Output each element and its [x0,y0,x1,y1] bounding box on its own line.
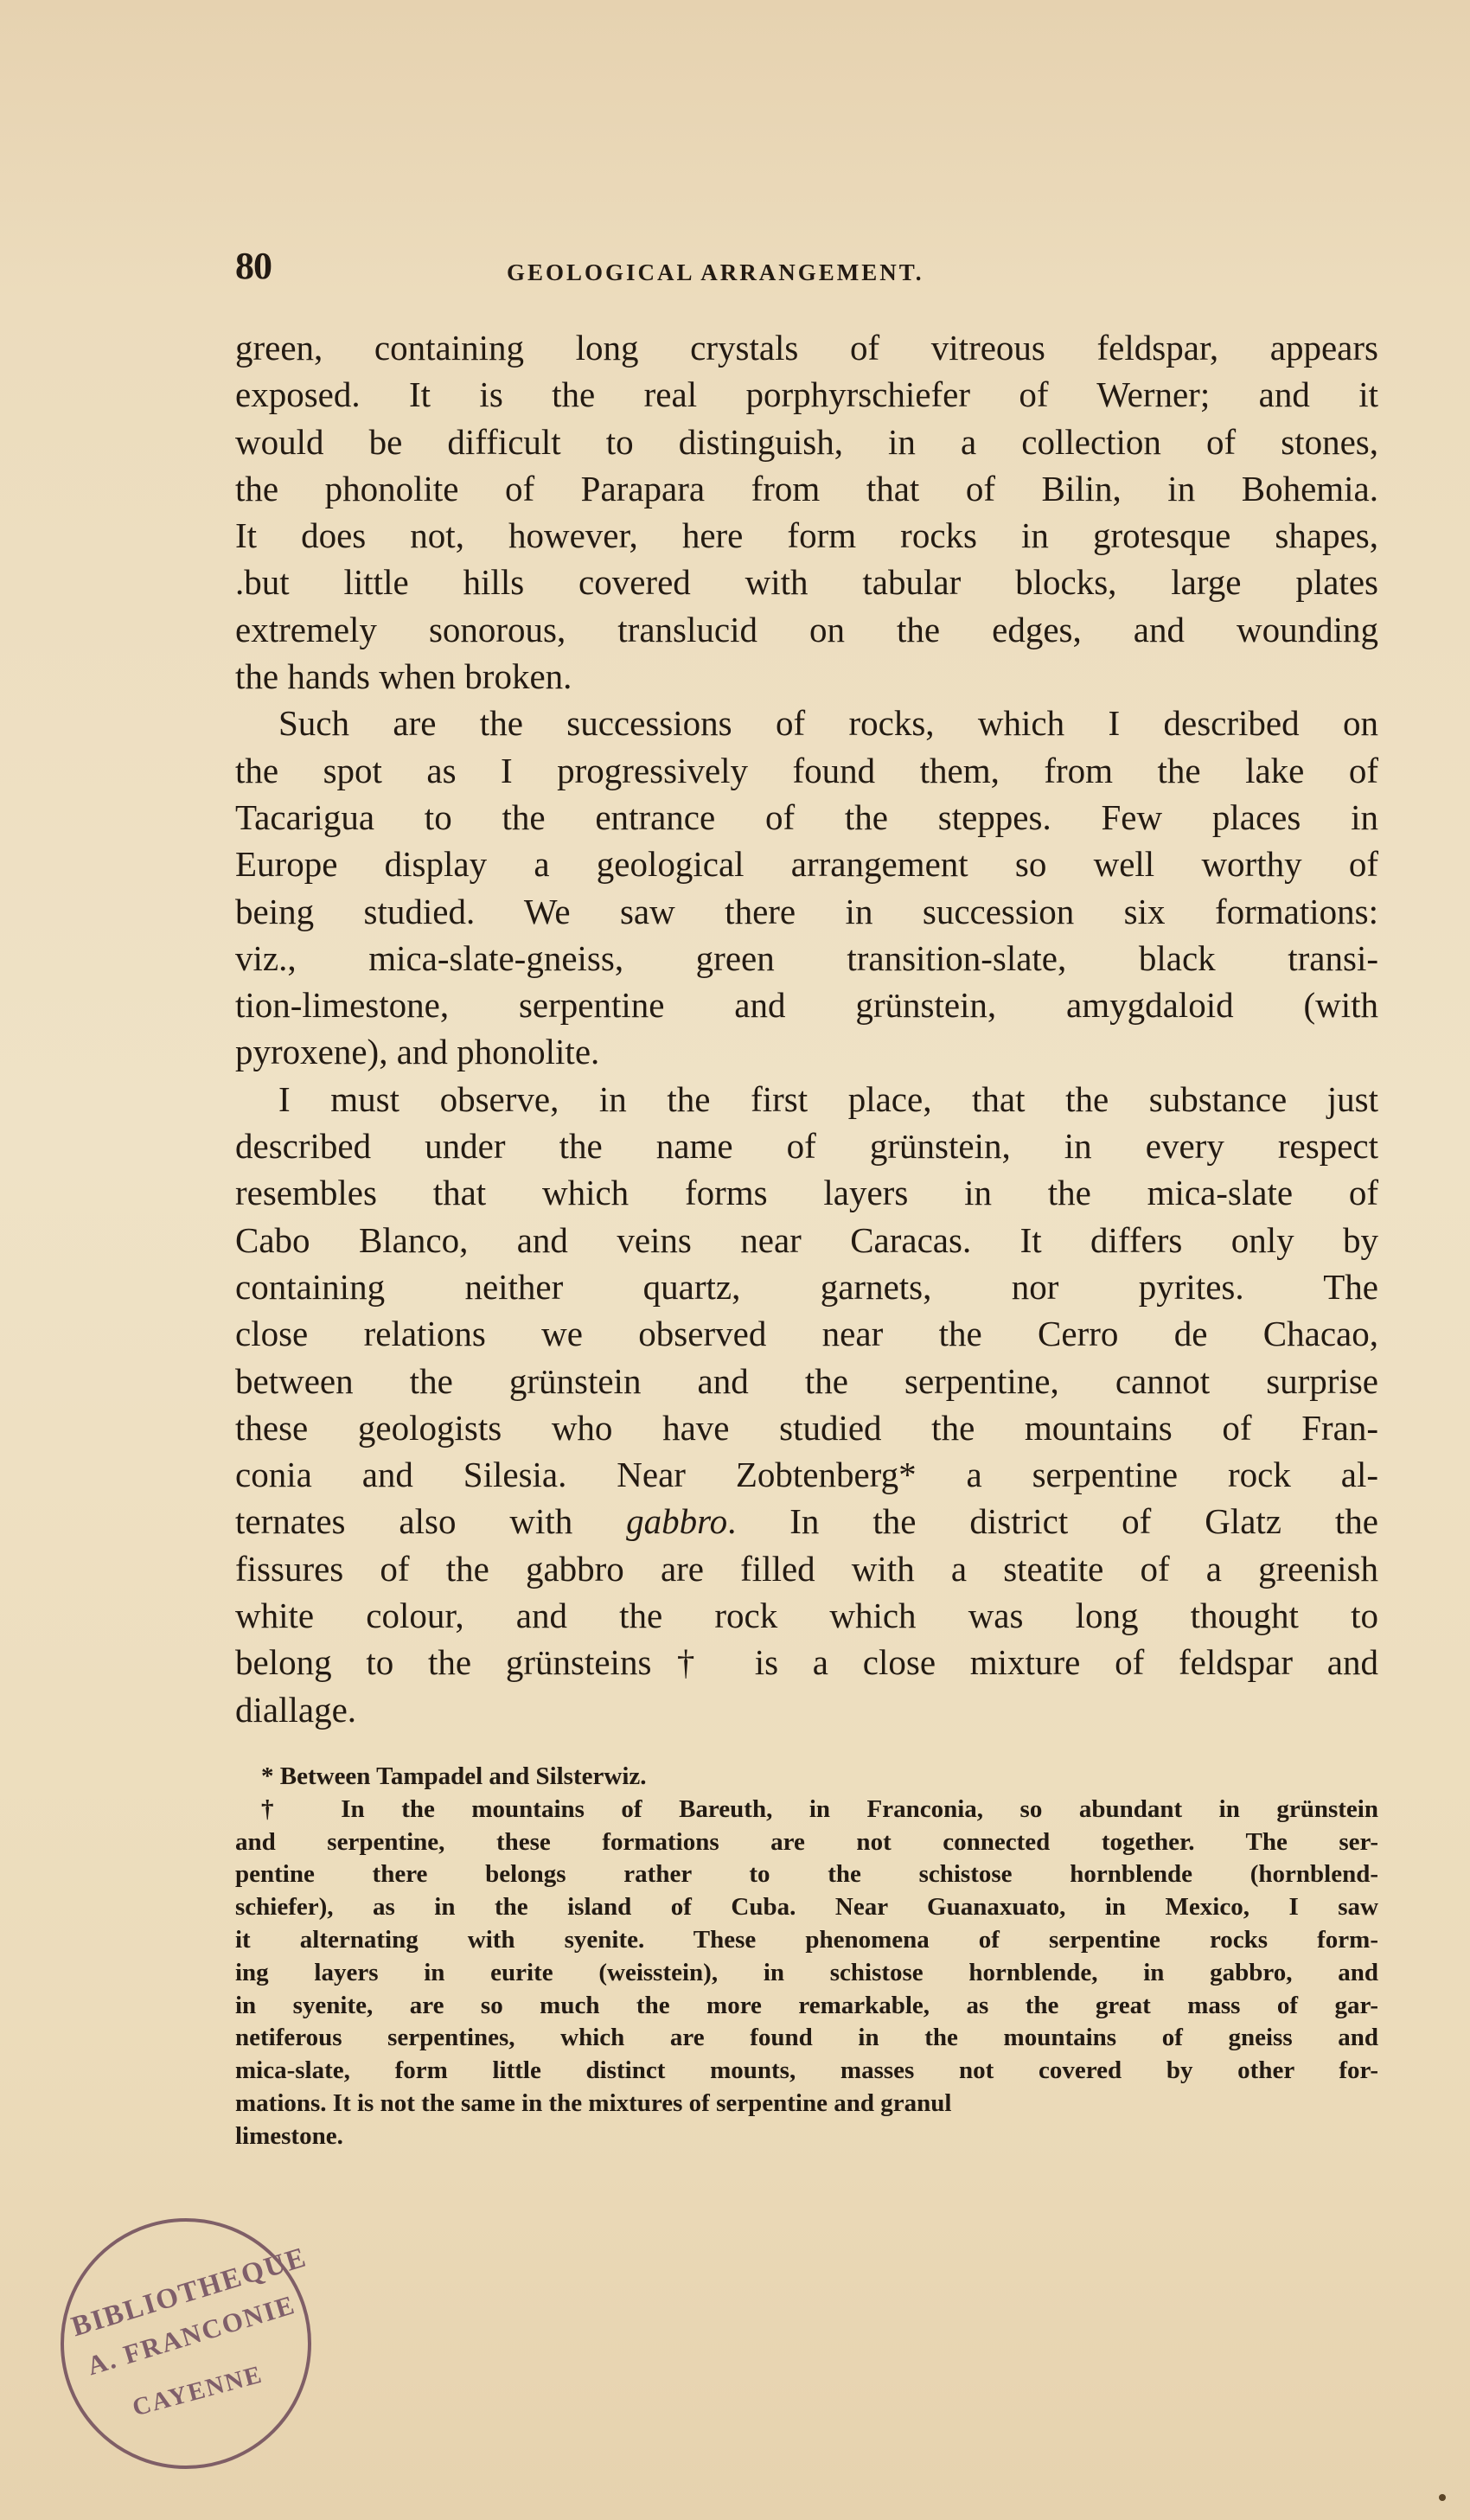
footnote-line: limestone. [235,2120,1378,2153]
library-stamp: BIBLIOTHEQUE A. FRANCONIE CAYENNE [61,2218,311,2469]
paper-speck [1439,2494,1446,2501]
italic-term: gabbro [626,1501,727,1541]
text-line: containing neither quartz, garnets, nor … [235,1263,1378,1310]
text-line: these geologists who have studied the mo… [235,1404,1378,1451]
text-line: resembles that which forms layers in the… [235,1169,1378,1216]
paragraph-start-line: I must observe, in the first place, that… [235,1076,1378,1122]
running-head: 80 GEOLOGICAL ARRANGEMENT. [235,244,1377,296]
text-line: fissures of the gabbro are filled with a… [235,1545,1378,1592]
text-line: white colour, and the rock which was lon… [235,1592,1378,1639]
footnote-line: netiferous serpentines, which are found … [235,2022,1378,2055]
text-line: belong to the grünsteins† is a close mix… [235,1639,1378,1685]
text-line: Europe display a geological arrangement … [235,841,1378,887]
footnote-line: in syenite, are so much the more remarka… [235,1990,1378,2023]
text-line: tion-limestone, serpentine and grünstein… [235,982,1378,1028]
text-segment: ternates also with [235,1501,572,1541]
text-line: viz., mica-slate-gneiss, green transitio… [235,935,1378,982]
text-line-with-italic: ternates also with gabbro. In the distri… [235,1498,1378,1545]
footnote-line: mica-slate, form little distinct mounts,… [235,2055,1378,2088]
text-line: It does not, however, here form rocks in… [235,512,1378,559]
footnote-line: pentine there belongs rather to the schi… [235,1858,1378,1891]
text-segment: . In the district of Glatz the [727,1501,1378,1541]
text-line: the hands when broken. [235,653,1378,700]
body-text: green, containing long crystals of vitre… [235,324,1378,1733]
page-number: 80 [235,244,272,288]
book-page: 80 GEOLOGICAL ARRANGEMENT. green, contai… [0,0,1470,2520]
text-line: between the grünstein and the serpentine… [235,1358,1378,1404]
footnotes: * Between Tampadel and Silsterwiz. † In … [235,1761,1378,2153]
footnote-line: mations. It is not the same in the mixtu… [235,2088,1378,2120]
footnote-line: it alternating with syenite. These pheno… [235,1924,1378,1957]
text-line: close relations we observed near the Cer… [235,1310,1378,1357]
text-line: described under the name of grünstein, i… [235,1122,1378,1169]
text-line: pyroxene), and phonolite. [235,1028,1378,1075]
text-line: Tacarigua to the entrance of the steppes… [235,794,1378,841]
text-line: the phonolite of Parapara from that of B… [235,465,1378,512]
running-head-title: GEOLOGICAL ARRANGEMENT. [507,259,924,286]
footnote-dagger: † In the mountains of Bareuth, in Franco… [235,1794,1378,1826]
text-line: the spot as I progressively found them, … [235,747,1378,794]
footnote-asterisk: * Between Tampadel and Silsterwiz. [235,1761,1378,1794]
text-line: being studied. We saw there in successio… [235,888,1378,935]
paragraph-start-line: Such are the successions of rocks, which… [235,700,1378,746]
footnote-line: and serpentine, these formations are not… [235,1826,1378,1859]
text-line: conia and Silesia. Near Zobtenberg* a se… [235,1451,1378,1498]
text-line: would be difficult to distinguish, in a … [235,419,1378,465]
footnote-line: ing layers in eurite (weisstein), in sch… [235,1957,1378,1990]
text-line: .but little hills covered with tabular b… [235,559,1378,605]
text-line: exposed. It is the real porphyrschiefer … [235,371,1378,418]
text-line: diallage. [235,1686,1378,1733]
stamp-text-city: CAYENNE [130,2361,266,2423]
footnote-line: schiefer), as in the island of Cuba. Nea… [235,1891,1378,1924]
text-line: green, containing long crystals of vitre… [235,324,1378,371]
text-line: Cabo Blanco, and veins near Caracas. It … [235,1217,1378,1263]
text-line: extremely sonorous, translucid on the ed… [235,606,1378,653]
